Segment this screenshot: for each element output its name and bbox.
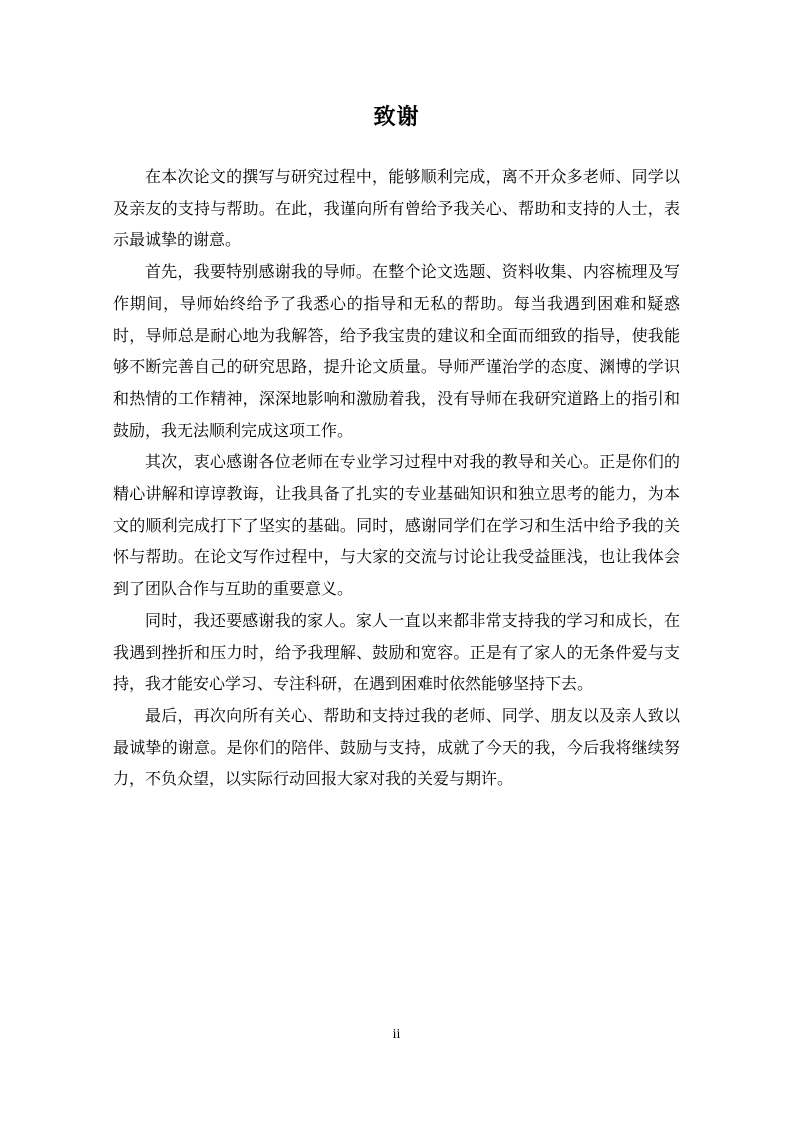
- page-number: ii: [0, 1027, 793, 1043]
- paragraph-1: 在本次论文的撰写与研究过程中，能够顺利完成，离不开众多老师、同学以及亲友的支持与…: [113, 162, 680, 257]
- paragraph-4: 同时，我还要感谢我的家人。家人一直以来都非常支持我的学习和成长，在我遇到挫折和压…: [113, 606, 680, 701]
- paragraph-5: 最后，再次向所有关心、帮助和支持过我的老师、同学、朋友以及亲人致以最诚挚的谢意。…: [113, 701, 680, 796]
- paragraph-2: 首先，我要特别感谢我的导师。在整个论文选题、资料收集、内容梳理及写作期间，导师始…: [113, 257, 680, 447]
- document-body: 在本次论文的撰写与研究过程中，能够顺利完成，离不开众多老师、同学以及亲友的支持与…: [113, 162, 680, 796]
- document-page: 致谢 在本次论文的撰写与研究过程中，能够顺利完成，离不开众多老师、同学以及亲友的…: [0, 0, 793, 1122]
- page-title: 致谢: [0, 104, 793, 130]
- paragraph-3: 其次，衷心感谢各位老师在专业学习过程中对我的教导和关心。正是你们的精心讲解和谆谆…: [113, 447, 680, 606]
